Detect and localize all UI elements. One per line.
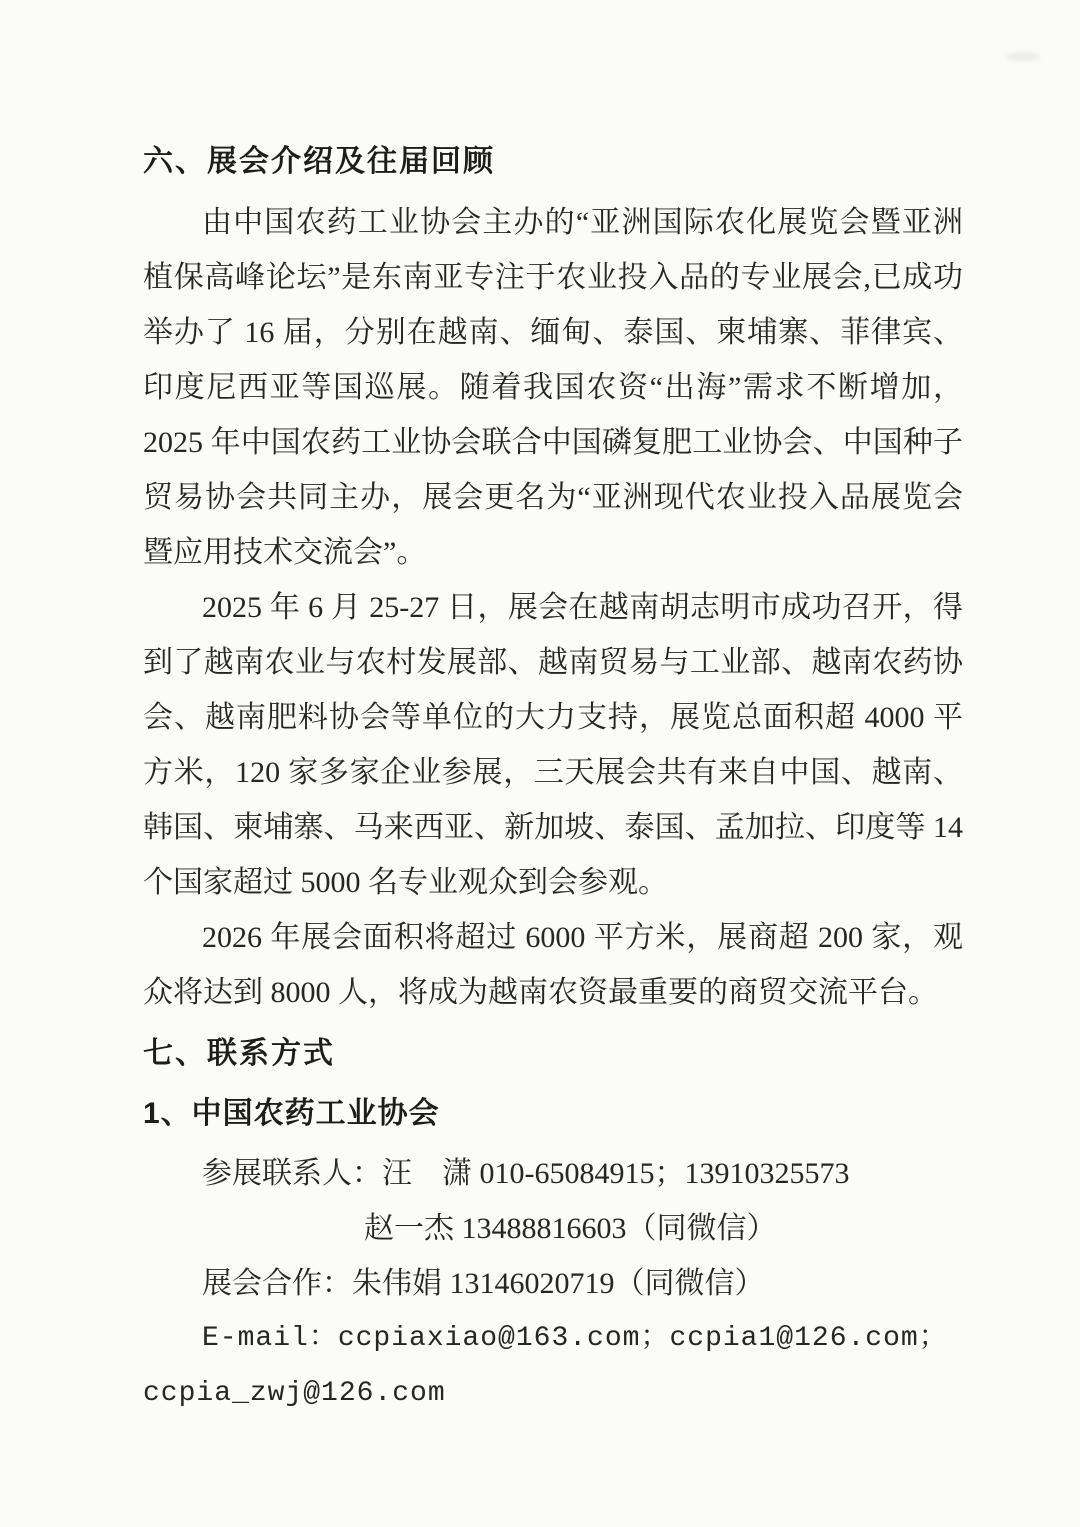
section-heading-contact: 七、联系方式 [143,1026,963,1081]
exhibit-contact-line-2: 赵一杰 13488816603（同微信） [143,1201,963,1256]
intro-paragraph-2: 2025 年 6 月 25-27 日，展会在越南胡志明市成功召开，得到了越南农业… [143,580,963,910]
contact-org-title: 1、中国农药工业协会 [143,1086,963,1141]
document-page: 六、展会介绍及往届回顾 由中国农药工业协会主办的“亚洲国际农化展览会暨亚洲植保高… [0,0,1080,1527]
cooperation-contact-line: 展会合作：朱伟娟 13146020719（同微信） [143,1256,963,1311]
section-heading-intro: 六、展会介绍及往届回顾 [143,134,963,189]
exhibit-contact-line-1: 参展联系人：汪 潇 010-65084915；13910325573 [143,1146,963,1201]
email-line-2: ccpia_zwj@126.com [143,1366,963,1421]
scan-smudge-artifact [1006,52,1040,61]
email-line-1: E-mail：ccpiaxiao@163.com；ccpia1@126.com； [143,1311,963,1366]
intro-paragraph-3: 2026 年展会面积将超过 6000 平方米，展商超 200 家，观众将达到 8… [143,910,963,1020]
intro-paragraph-1: 由中国农药工业协会主办的“亚洲国际农化展览会暨亚洲植保高峰论坛”是东南亚专注于农… [143,195,963,580]
